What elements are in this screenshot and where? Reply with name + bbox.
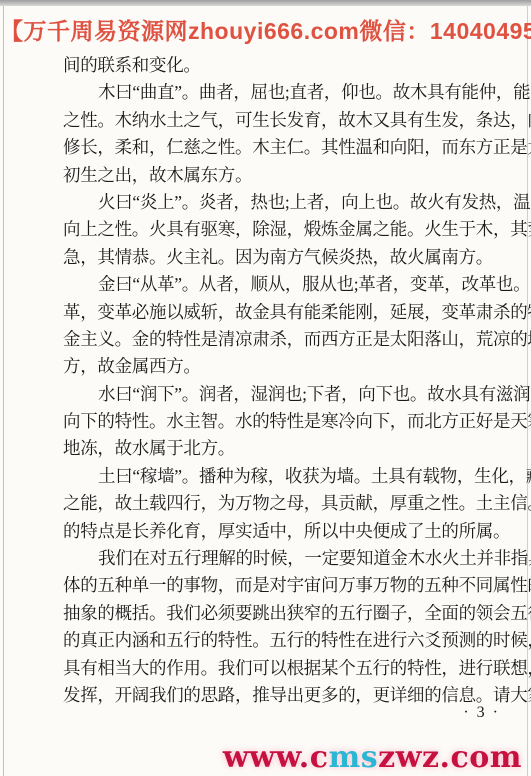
text-line: 抽象的概括。我们必须要跳出狭窄的五行圈子，全面的领会五行 <box>63 600 477 627</box>
text-line: 向上之性。火具有驱寒，除湿，煅炼金属之能。火生于木，其势 <box>63 216 477 243</box>
watermark-segment: zwz.com <box>378 740 522 775</box>
text-line: 具有相当大的作用。我们可以根据某个五行的特性，进行联想， <box>63 655 477 682</box>
text-line: 我们在对五行理解的时候，一定要知道金木水火土并非指具 <box>63 545 477 572</box>
text-line: 方，故金属西方。 <box>63 353 477 380</box>
watermark-segment: ms <box>328 740 378 775</box>
text-line: 土曰“稼墙”。播种为稼，收获为墙。土具有载物，生化，藏纳 <box>63 463 477 490</box>
text-line: 修长，柔和，仁慈之性。木主仁。其性温和向阳，而东方正是太阳 <box>63 134 477 161</box>
scan-top-edge <box>0 0 531 6</box>
text-line: 急，其情恭。火主礼。因为南方气候炎热，故火属南方。 <box>63 244 477 271</box>
text-line: 间的联系和变化。 <box>63 52 477 79</box>
text-line: 之性。木纳水土之气，可生长发育，故木又具有生发，条达，向上， <box>63 107 477 134</box>
text-line: 水曰“润下”。润者，湿润也;下者，向下也。故水具有滋润， <box>63 381 477 408</box>
watermark-segment: www.c <box>223 740 329 775</box>
body-text: 间的联系和变化。木曰“曲直”。曲者，屈也;直者，仰也。故木具有能仲，能屈之性。木… <box>63 52 477 709</box>
text-line: 金主义。金的特性是清凉肃杀，而西方正是太阳落山，荒凉的地 <box>63 326 477 353</box>
text-line: 的特点是长养化育，厚实适中，所以中央便成了土的所属。 <box>63 518 477 545</box>
resource-site-banner: 【万千周易资源网zhouyi666.com微信：1404049576 】 <box>0 13 531 46</box>
text-line: 体的五种单一的事物，而是对宇宙问万事万物的五种不同属性的 <box>63 572 477 599</box>
text-line: 向下的特性。水主智。水的特性是寒冷向下，而北方正好是天寒 <box>63 408 477 435</box>
text-line: 初生之出，故木属东方。 <box>63 162 477 189</box>
text-line: 地冻，故水属于北方。 <box>63 435 477 462</box>
text-line: 的真正内涵和五行的特性。五行的特性在进行六爻预测的时候， <box>63 627 477 654</box>
text-line: 之能，故土载四行，为万物之母，具贡献，厚重之性。土主信。土 <box>63 490 477 517</box>
scanned-book-page: 【万千周易资源网zhouyi666.com微信：1404049576 】 间的联… <box>0 0 531 776</box>
page-number: · 3 · <box>63 704 500 722</box>
scan-left-edge <box>3 6 4 776</box>
watermark-url: www.cmszwz.com <box>223 740 522 775</box>
text-line: 木曰“曲直”。曲者，屈也;直者，仰也。故木具有能仲，能屈 <box>63 79 477 106</box>
text-line: 革，变革必施以威斩，故金具有能柔能刚，延展，变革肃杀的特性。 <box>63 299 477 326</box>
text-line: 金曰“从革”。从者，顺从，服从也;革者，变革，改革也。改 <box>63 271 477 298</box>
text-line: 火曰“炎上”。炎者，热也;上者，向上也。故火有发热，温暖 <box>63 189 477 216</box>
